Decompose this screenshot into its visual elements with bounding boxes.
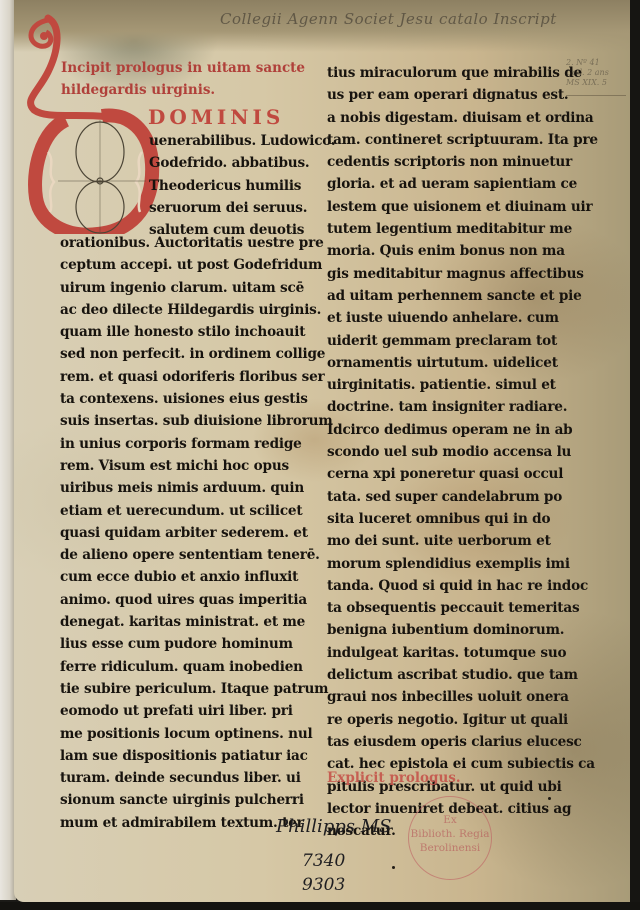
bottom-page-edge <box>0 902 640 910</box>
text-line: denegat. karitas ministrat. et me <box>60 611 333 633</box>
left-column-text: orationibus. Auctoritatis uestre pre cep… <box>60 232 333 834</box>
incipit-rubric: Incipit prologus in uitam sancte hildega… <box>61 57 305 101</box>
text-line: tutem legentium meditabitur me <box>327 218 598 240</box>
text-line: rem. Visum est michi hoc opus <box>60 455 333 477</box>
text-line: ac deo dilecte Hildegardis uirginis. <box>60 299 333 321</box>
phillipps-number-bottom: 9303 <box>302 873 345 897</box>
text-line: tie subire periculum. Itaque patrum <box>60 678 333 700</box>
text-line: sed non perfecit. in ordinem collige <box>60 343 333 365</box>
text-line: uiderit gemmam preclaram tot <box>327 330 598 352</box>
text-line: gis meditabitur magnus affectibus <box>327 263 598 285</box>
text-line: rem. et quasi odoriferis floribus ser <box>60 366 333 388</box>
text-line: ta obsequentis peccauit temeritas <box>327 597 598 619</box>
text-line: eomodo ut prefati uiri liber. pri <box>60 700 333 722</box>
text-line: etiam et uerecundum. ut scilicet <box>60 500 333 522</box>
text-line: tam. contineret scriptuuram. Ita pre <box>327 129 598 151</box>
text-line: sita luceret omnibus qui in do <box>327 508 598 530</box>
stamp-line: Biblioth. Regia <box>409 827 491 841</box>
text-line: orationibus. Auctoritatis uestre pre <box>60 232 333 254</box>
text-line: benigna iubentium dominorum. <box>327 619 598 641</box>
text-line: Godefrido. abbatibus. <box>149 152 335 174</box>
text-line: uiribus meis nimis arduum. quin <box>60 477 333 499</box>
text-line: a nobis digestam. diuisam et ordina <box>327 107 598 129</box>
dominis-heading: DOMINIS <box>148 106 284 128</box>
text-line: us per eam operari dignatus est. <box>327 84 598 106</box>
phillipps-shelfmark: Phillipps MS 7340 9303 <box>276 815 392 839</box>
text-line: doctrine. tam insigniter radiare. <box>327 396 598 418</box>
text-line: lius esse cum pudore hominum <box>60 633 333 655</box>
text-line: tas eiusdem operis clarius elucesc <box>327 731 598 753</box>
incipit-line: hildegardis uirginis. <box>61 79 305 101</box>
text-line: mo dei sunt. uite uerborum et <box>327 530 598 552</box>
text-line: lestem que uisionem et diuinam uir <box>327 196 598 218</box>
ink-dot <box>392 866 395 869</box>
text-line: morum splendidius exemplis imi <box>327 553 598 575</box>
library-stamp: Ex Biblioth. Regia Berolinensi <box>408 796 492 880</box>
text-line: uirum ingenio clarum. uitam scē <box>60 277 333 299</box>
explicit-rubric: Explicit prologus. <box>327 767 461 789</box>
text-line: cedentis scriptoris non minuetur <box>327 151 598 173</box>
decorated-initial-d-icon <box>18 12 168 234</box>
text-line: Theodericus humilis <box>149 175 335 197</box>
text-line: scondo uel sub modio accensa lu <box>327 441 598 463</box>
text-line: tius miraculorum que mirabilis de <box>327 62 598 84</box>
text-line: Idcirco dedimus operam ne in ab <box>327 419 598 441</box>
text-line: delictum ascribat studio. que tam <box>327 664 598 686</box>
text-line: graui nos inbecilles uoluit onera <box>327 686 598 708</box>
text-line: uenerabilibus. Ludowico. <box>149 130 335 152</box>
text-line: et iuste uiuendo anhelare. cum <box>327 307 598 329</box>
text-line: tanda. Quod si quid in hac re indoc <box>327 575 598 597</box>
text-line: de alieno opere sententiam tenerē. <box>60 544 333 566</box>
text-line: cerna xpi poneretur quasi occul <box>327 463 598 485</box>
text-line: uirginitatis. patientie. simul et <box>327 374 598 396</box>
text-line: me positionis locum optinens. nul <box>60 723 333 745</box>
text-line: quasi quidam arbiter sederem. et <box>60 522 333 544</box>
text-line: tata. sed super candelabrum po <box>327 486 598 508</box>
right-page-edge <box>630 0 640 910</box>
text-line: gloria. et ad ueram sapientiam ce <box>327 173 598 195</box>
text-line: ornamentis uirtutum. uidelicet <box>327 352 598 374</box>
text-line: turam. deinde secundus liber. ui <box>60 767 333 789</box>
text-line: ad uitam perhennem sancte et pie <box>327 285 598 307</box>
stamp-line: Ex <box>409 813 491 827</box>
top-provenance-note: Collegii Agenn Societ Jesu catalo Inscri… <box>220 10 557 28</box>
text-line: re operis negotio. Igitur ut quali <box>327 709 598 731</box>
text-line: animo. quod uires quas imperitia <box>60 589 333 611</box>
right-column-text: tius miraculorum que mirabilis de us per… <box>327 62 598 842</box>
phillipps-label: Phillipps MS <box>276 815 392 839</box>
text-line: moria. Quis enim bonus non ma <box>327 240 598 262</box>
text-line: ferre ridiculum. quam inobedien <box>60 656 333 678</box>
text-line: in unius corporis formam redige <box>60 433 333 455</box>
incipit-line: Incipit prologus in uitam sancte <box>61 57 305 79</box>
stamp-line: Berolinensi <box>409 841 491 855</box>
text-line: ceptum accepi. ut post Godefridum <box>60 254 333 276</box>
text-line: sionum sancte uirginis pulcherri <box>60 789 333 811</box>
text-line: lam sue dispositionis patiatur iac <box>60 745 333 767</box>
left-column-top-text: uenerabilibus. Ludowico. Godefrido. abba… <box>149 130 335 241</box>
text-line: seruorum dei seruus. <box>149 197 335 219</box>
text-line: quam ille honesto stilo inchoauit <box>60 321 333 343</box>
text-line: cum ecce dubio et anxio influxit <box>60 566 333 588</box>
text-line: suis insertas. sub diuisione librorum <box>60 410 333 432</box>
ink-dot <box>548 797 551 800</box>
text-line: indulgeat karitas. totumque suo <box>327 642 598 664</box>
phillipps-number-top: 7340 <box>302 849 345 873</box>
text-line: ta contexens. uisiones eius gestis <box>60 388 333 410</box>
